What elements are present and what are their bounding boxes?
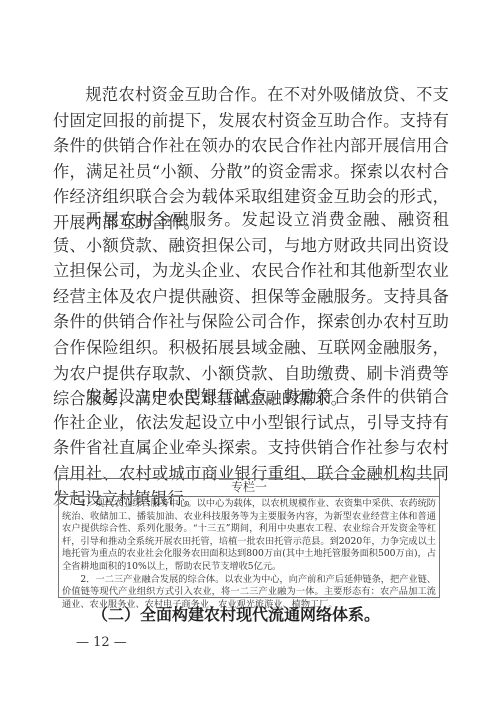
document-page: 规范农村资金互助合作。在不对外吸储放贷、不支付固定回报的前提下，发展农村资金互助… (0, 0, 500, 707)
section-heading: （二）全面构建农村现代流通网络体系。 (92, 603, 380, 627)
paragraph-rural-financial-services: 开展农村金融服务。发起设立消费金融、融资租赁、小额贷款、融资担保公司，与地方财政… (53, 207, 449, 412)
page-number: — 12 — (76, 634, 127, 652)
column-box-title: 专栏一 (59, 479, 439, 497)
column-box-body: 1．现代农业综合服务中心。以中心为载体，以农机规模作业、农资集中采供、农药统防统… (59, 497, 439, 611)
column-box-item: 1．现代农业综合服务中心。以中心为载体，以农机规模作业、农资集中采供、农药统防统… (62, 498, 436, 574)
column-box: 专栏一 1．现代农业综合服务中心。以中心为载体，以农机规模作业、农资集中采供、农… (58, 478, 440, 598)
